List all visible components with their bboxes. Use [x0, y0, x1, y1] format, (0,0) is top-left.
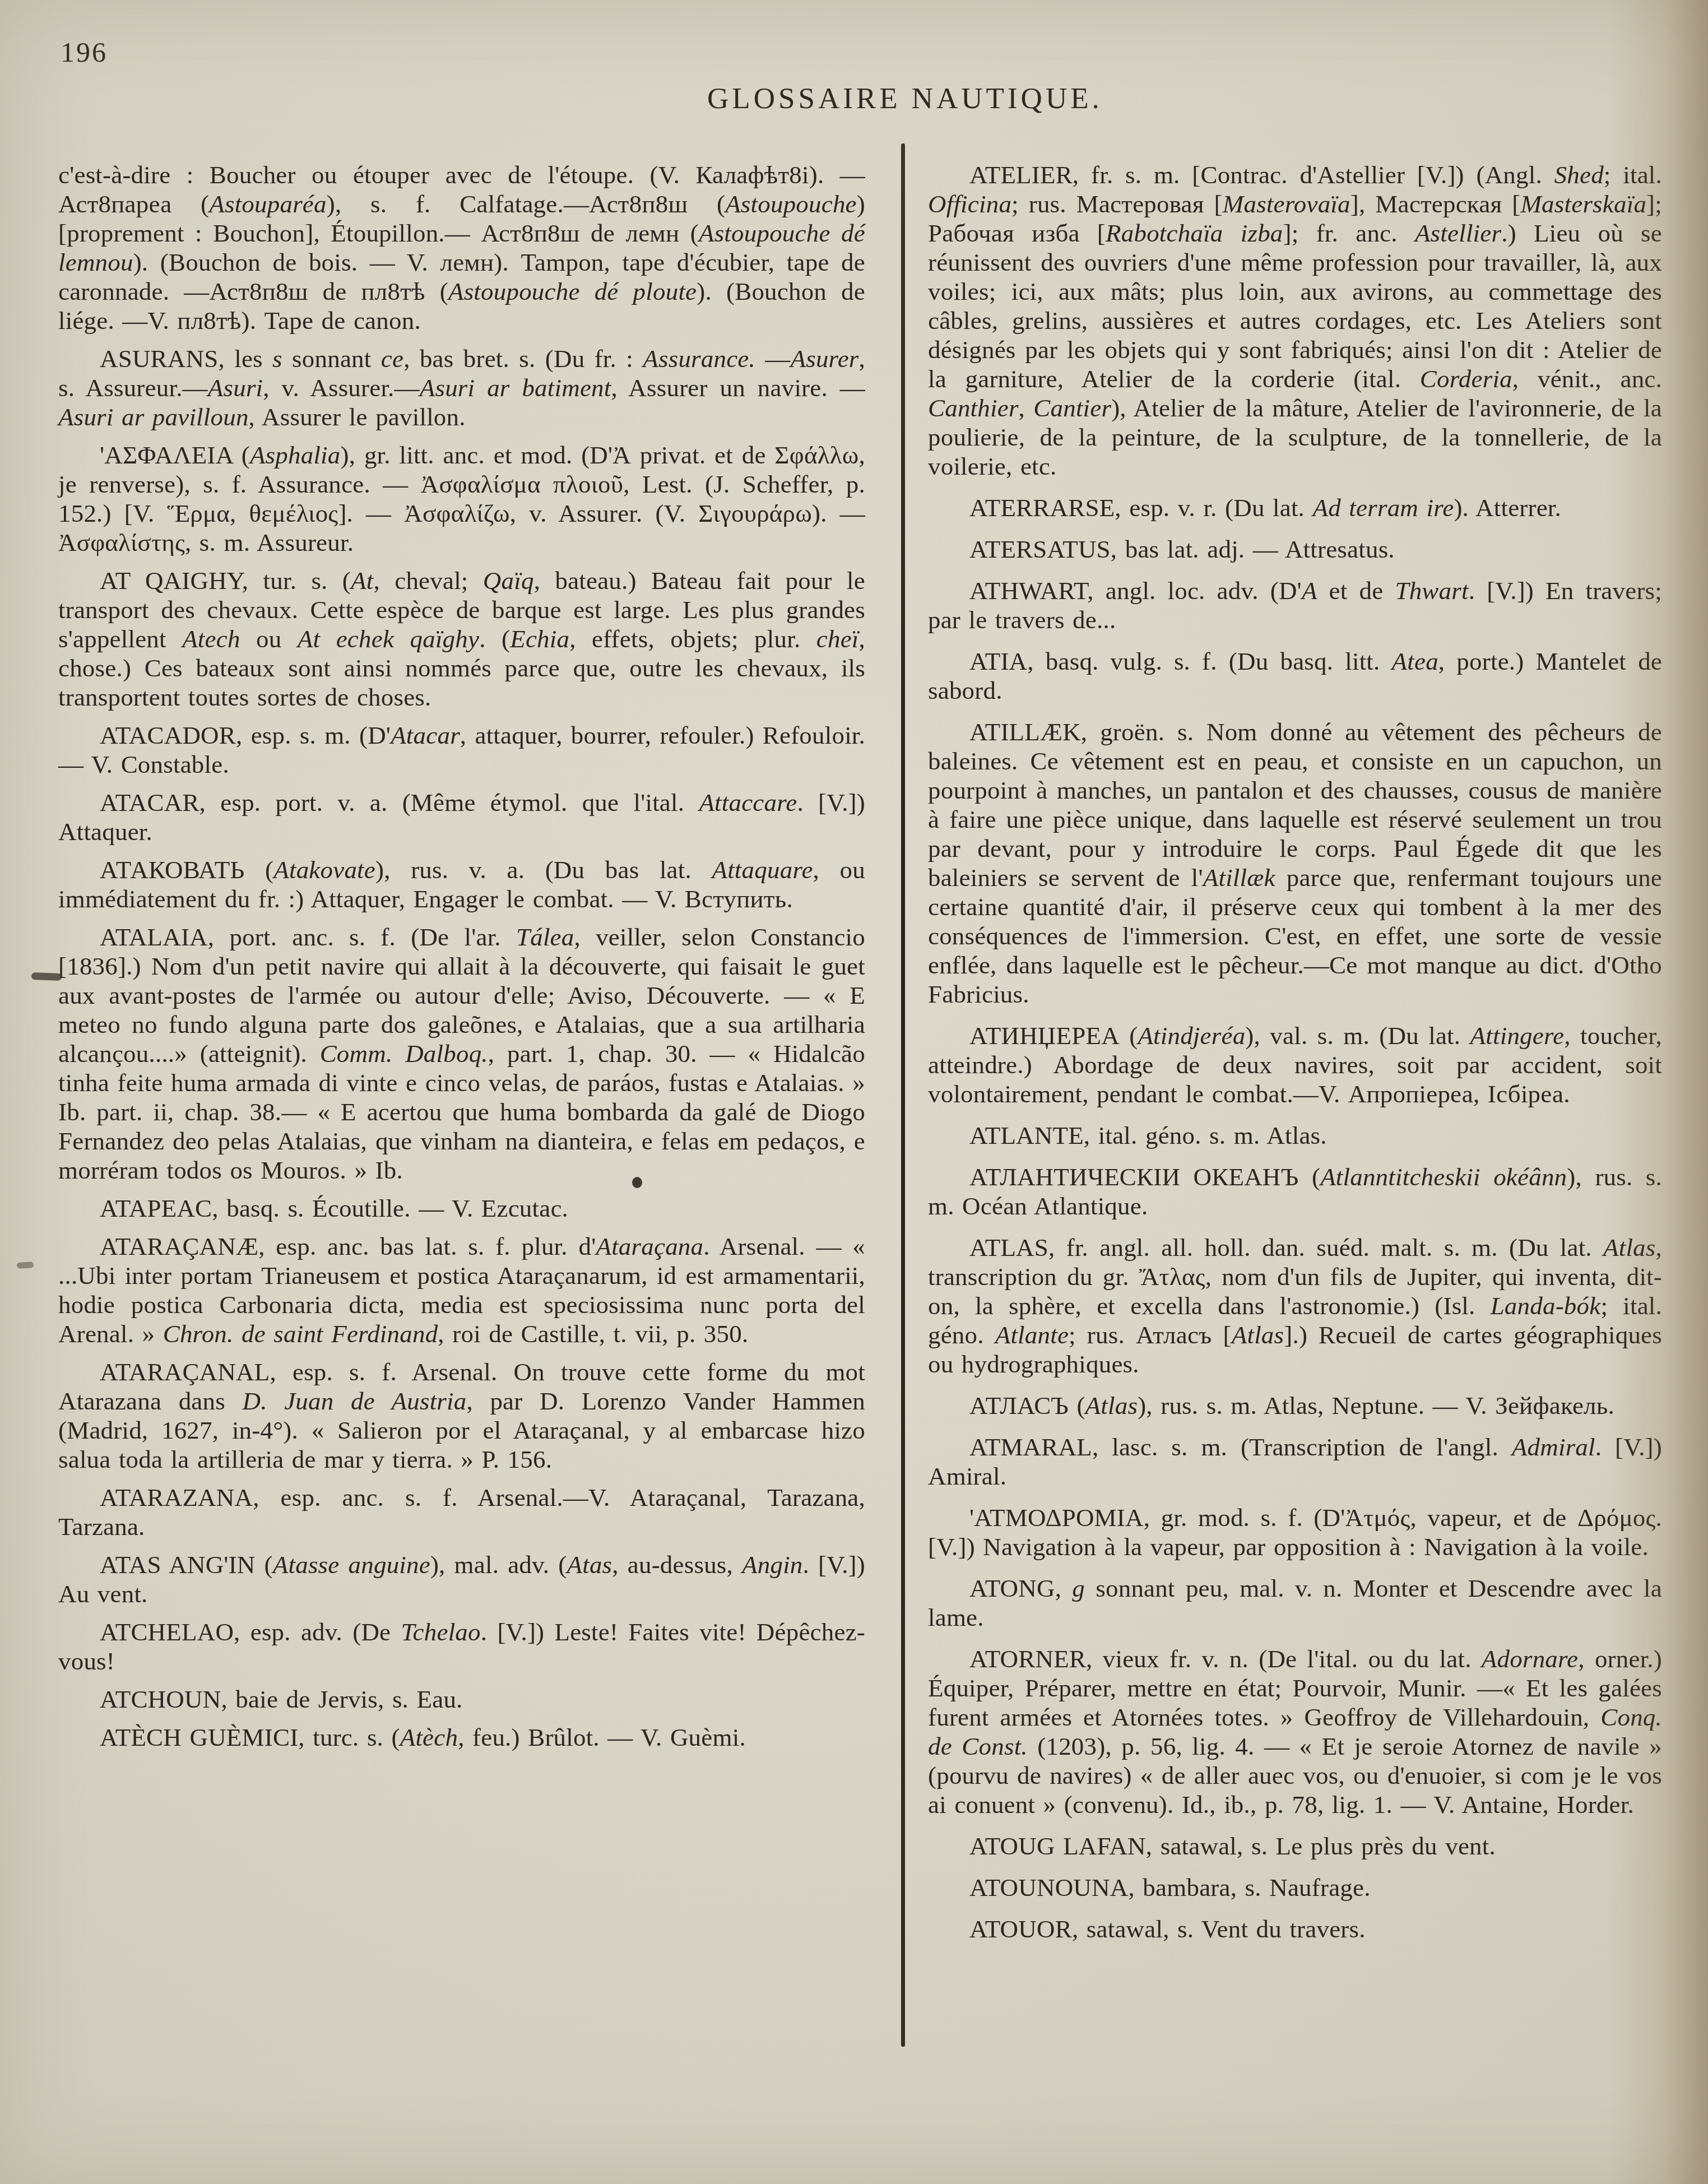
dictionary-entry: ATARAÇANÆ, esp. anc. bas lat. s. f. plur…: [58, 1232, 865, 1348]
dictionary-entry: ATELIER, fr. s. m. [Contrac. d'Astellier…: [928, 160, 1662, 481]
dictionary-entry: ATERRARSE, esp. v. r. (Du lat. Ad terram…: [928, 493, 1662, 522]
page-title: GLOSSAIRE NAUTIQUE.: [707, 82, 1103, 115]
dictionary-entry: ATERSATUS, bas lat. adj. — Attresatus.: [928, 535, 1662, 564]
dictionary-entry: АТАКОВАТЬ (Atakovate), rus. v. a. (Du ba…: [58, 855, 865, 914]
dictionary-entry: ATOUG LAFAN, satawal, s. Le plus près du…: [928, 1831, 1662, 1861]
dictionary-entry: АТЛАСЪ (Atlas), rus. s. m. Atlas, Neptun…: [928, 1391, 1662, 1420]
left-column: c'est-à-dire : Boucher ou étouper avec d…: [58, 160, 865, 1761]
dictionary-entry: ATILLÆK, groën. s. Nom donné au vêtement…: [928, 717, 1662, 1009]
dictionary-entry: ATALAIA, port. anc. s. f. (De l'ar. Tále…: [58, 922, 865, 1185]
page-number: 196: [61, 36, 108, 68]
dictionary-entry: ATCHOUN, baie de Jervis, s. Eau.: [58, 1685, 865, 1714]
dictionary-entry: АТЛАНТИЧЕСКІИ ОКЕАНЪ (Atlanntitcheskii o…: [928, 1162, 1662, 1221]
dictionary-entry: ATÈCH GUÈMICI, turc. s. (Atèch, feu.) Br…: [58, 1723, 865, 1752]
dictionary-entry: ATIA, basq. vulg. s. f. (Du basq. litt. …: [928, 647, 1662, 705]
dictionary-entry: ATACAR, esp. port. v. a. (Même étymol. q…: [58, 788, 865, 846]
dictionary-entry: ATARAZANA, esp. anc. s. f. Arsenal.—V. A…: [58, 1483, 865, 1541]
dictionary-entry: ASURANS, les s sonnant ce, bas bret. s. …: [58, 344, 865, 432]
scan-smudge-icon: [17, 1262, 34, 1269]
dictionary-entry: ATLANTE, ital. géno. s. m. Atlas.: [928, 1121, 1662, 1150]
dictionary-entry: ATAS ANG'IN (Atasse anguine), mal. adv. …: [58, 1550, 865, 1608]
dictionary-entry: ATOUOR, satawal, s. Vent du travers.: [928, 1914, 1662, 1944]
dictionary-entry: ATONG, g sonnant peu, mal. v. n. Monter …: [928, 1574, 1662, 1632]
dictionary-entry: ATLAS, fr. angl. all. holl. dan. suéd. m…: [928, 1233, 1662, 1379]
dictionary-entry: ATACADOR, esp. s. m. (D'Atacar, attaquer…: [58, 721, 865, 779]
dictionary-entry: c'est-à-dire : Boucher ou étouper avec d…: [58, 160, 865, 335]
right-column: ATELIER, fr. s. m. [Contrac. d'Astellier…: [928, 160, 1662, 1956]
dictionary-entry: 'ΑΤΜΟΔΡΟΜΙΑ, gr. mod. s. f. (D'Ἀτμός, va…: [928, 1503, 1662, 1561]
dictionary-entry: АТИНЏЕРЕА (Atindjeréa), val. s. m. (Du l…: [928, 1021, 1662, 1109]
column-divider-rule: [901, 143, 905, 2047]
dictionary-entry: ATOUNOUNA, bambara, s. Naufrage.: [928, 1873, 1662, 1902]
scan-smudge-icon: [31, 972, 62, 981]
dictionary-entry: ATAPEAC, basq. s. Écoutille. — V. Ezcuta…: [58, 1194, 865, 1223]
dictionary-entry: AT QAIGHY, tur. s. (At, cheval; Qaïq, ba…: [58, 566, 865, 712]
dictionary-entry: ATCHELAO, esp. adv. (De Tchelao. [V.]) L…: [58, 1617, 865, 1676]
dictionary-entry: ATORNER, vieux fr. v. n. (De l'ital. ou …: [928, 1644, 1662, 1819]
dictionary-entry: ATMARAL, lasc. s. m. (Transcription de l…: [928, 1432, 1662, 1491]
dictionary-entry: 'ΑΣΦΑΛΕΙΑ (Asphalia), gr. litt. anc. et …: [58, 440, 865, 557]
dictionary-entry: ATHWART, angl. loc. adv. (D'A et de Thwa…: [928, 576, 1662, 634]
dictionary-entry: ATARAÇANAL, esp. s. f. Arsenal. On trouv…: [58, 1357, 865, 1474]
scanned-dictionary-page: { "page": { "number": "196", "header": "…: [0, 0, 1708, 2184]
